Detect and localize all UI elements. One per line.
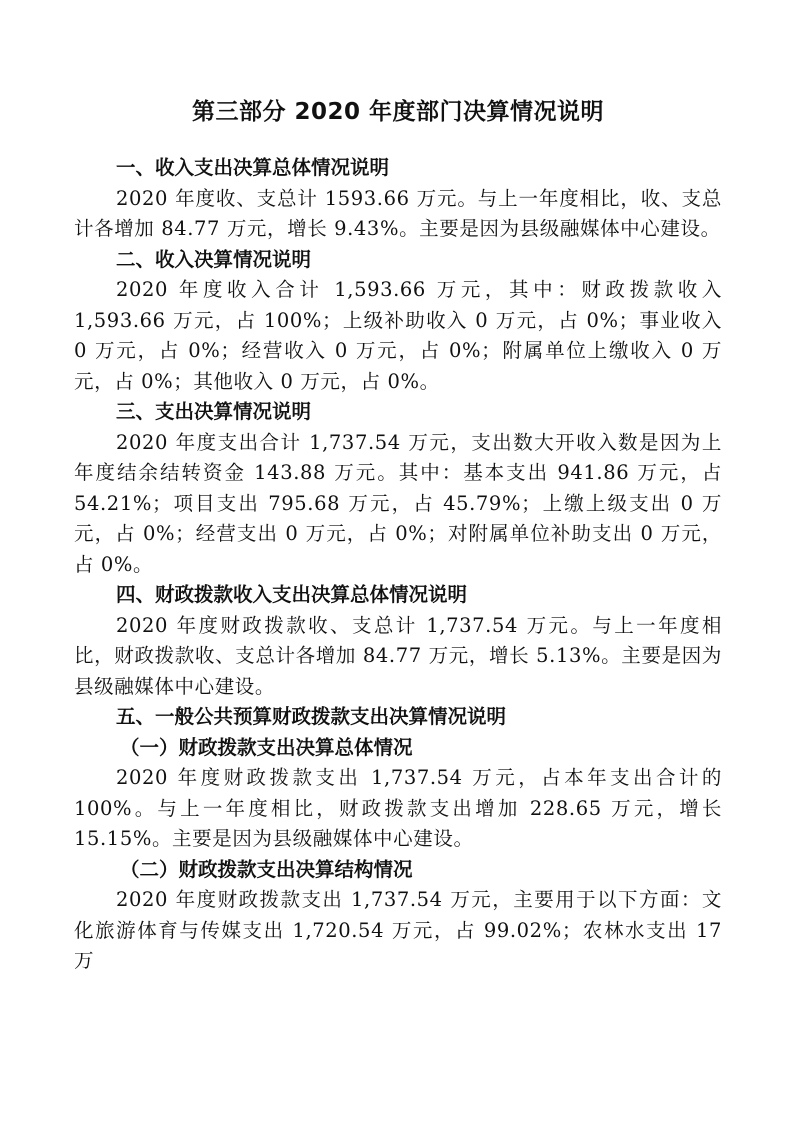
section-paragraph: 2020 年度收、支总计 1593.66 万元。与上一年度相比，收、支总计各增加… [74,184,722,245]
subsection-paragraph: 2020 年度财政拨款支出 1,737.54 万元，占本年支出合计的 100%。… [74,763,722,855]
document-body: 一、收入支出决算总体情况说明 2020 年度收、支总计 1593.66 万元。与… [74,153,722,977]
section-heading: 一、收入支出决算总体情况说明 [74,153,722,184]
subsection-overall: （一）财政拨款支出决算总体情况 2020 年度财政拨款支出 1,737.54 万… [74,733,722,855]
subsection-structure: （二）财政拨款支出决算结构情况 2020 年度财政拨款支出 1,737.54 万… [74,855,722,977]
section-income: 二、收入决算情况说明 2020 年度收入合计 1,593.66 万元，其中：财政… [74,245,722,398]
subsection-heading: （一）财政拨款支出决算总体情况 [74,733,722,764]
section-expenditure: 三、支出决算情况说明 2020 年度支出合计 1,737.54 万元，支出数大开… [74,397,722,580]
section-fiscal-appropriation-overview: 四、财政拨款收入支出决算总体情况说明 2020 年度财政拨款收、支总计 1,73… [74,580,722,702]
page-title: 第三部分 2020 年度部门决算情况说明 [74,96,722,128]
section-heading: 五、一般公共预算财政拨款支出决算情况说明 [74,702,722,733]
subsection-paragraph: 2020 年度财政拨款支出 1,737.54 万元，主要用于以下方面：文化旅游体… [74,885,722,977]
section-heading: 三、支出决算情况说明 [74,397,722,428]
section-paragraph: 2020 年度收入合计 1,593.66 万元，其中：财政拨款收入 1,593.… [74,275,722,397]
section-income-expenditure-overview: 一、收入支出决算总体情况说明 2020 年度收、支总计 1593.66 万元。与… [74,153,722,245]
section-heading: 四、财政拨款收入支出决算总体情况说明 [74,580,722,611]
section-general-public-budget: 五、一般公共预算财政拨款支出决算情况说明 （一）财政拨款支出决算总体情况 202… [74,702,722,977]
subsection-heading: （二）财政拨款支出决算结构情况 [74,855,722,886]
section-heading: 二、收入决算情况说明 [74,245,722,276]
section-paragraph: 2020 年度支出合计 1,737.54 万元，支出数大开收入数是因为上年度结余… [74,428,722,581]
section-paragraph: 2020 年度财政拨款收、支总计 1,737.54 万元。与上一年度相比，财政拨… [74,611,722,703]
